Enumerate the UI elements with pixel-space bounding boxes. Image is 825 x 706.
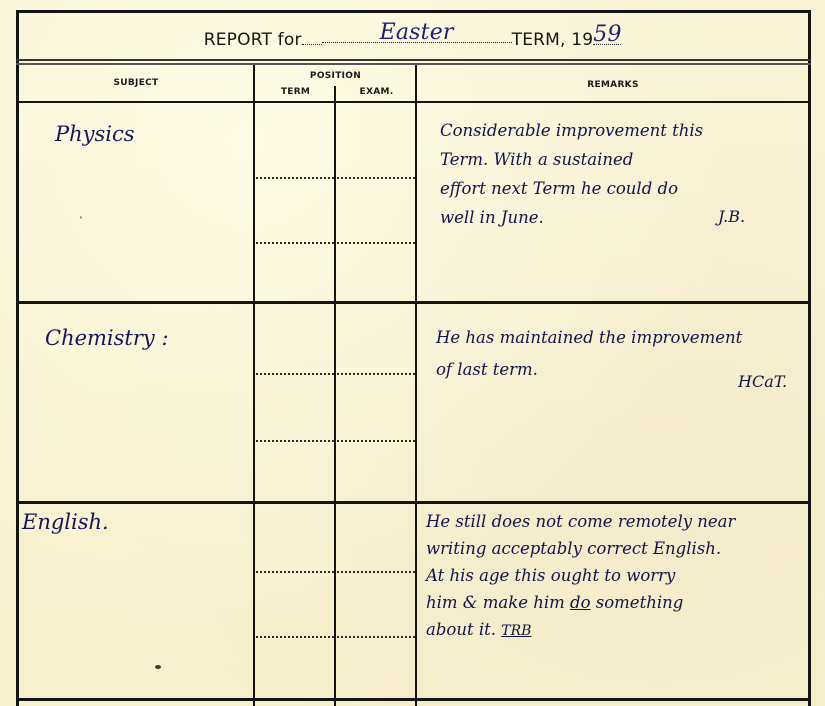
title-middle: TERM, 19 (512, 30, 594, 50)
row-separator-2 (16, 501, 811, 504)
position-dotted-line (256, 242, 334, 244)
remarks-english-line-3: At his age this ought to worry (426, 562, 806, 589)
column-header-remarks: REMARKS (418, 80, 808, 90)
position-dotted-line (337, 373, 415, 375)
position-dotted-line (337, 440, 415, 442)
position-dotted-line (256, 440, 334, 442)
subject-chemistry: Chemistry : (45, 326, 169, 350)
position-dotted-line (256, 373, 334, 375)
remarks-english-line-4: him & make him do something (426, 589, 806, 616)
column-header-exam: EXAM. (338, 87, 415, 97)
report-title: REPORT forEasterTERM, 1959 (0, 30, 825, 50)
divider-term-exam (334, 86, 336, 706)
column-header-position: POSITION (256, 71, 415, 81)
subject-physics: Physics (55, 122, 135, 146)
header-bottom-rule (16, 101, 811, 103)
position-dotted-line (256, 571, 334, 573)
remarks-english-line-1: He still does not come remotely near (426, 508, 806, 535)
signature-physics: J.B. (718, 207, 745, 226)
ink-speck (155, 665, 161, 669)
position-dotted-line (337, 242, 415, 244)
header-rule-1 (16, 59, 811, 61)
emphasis-do: do (570, 593, 591, 612)
position-dotted-line (337, 636, 415, 638)
dotted-leader (302, 44, 322, 45)
divider-position-remarks (415, 65, 417, 706)
frame-left (16, 10, 19, 706)
term-name-field: Easter (322, 24, 512, 43)
ink-speck (80, 216, 82, 219)
frame-top (16, 10, 811, 13)
remarks-english-line-2: writing acceptably correct English. (426, 535, 806, 562)
position-dotted-line (337, 571, 415, 573)
title-prefix: REPORT for (204, 30, 302, 50)
remarks-physics: Considerable improvement this Term. With… (440, 116, 800, 232)
remarks-english: He still does not come remotely near wri… (426, 508, 806, 645)
header-rule-2 (16, 63, 811, 65)
position-dotted-line (337, 177, 415, 179)
signature-english: TRB (501, 623, 531, 639)
column-header-subject: SUBJECT (19, 78, 253, 88)
remarks-english-line-5: about it. TRB (426, 616, 806, 645)
signature-chemistry: HCaT. (738, 372, 787, 391)
subject-english: English. (22, 510, 109, 534)
divider-subject-position (253, 65, 255, 706)
position-dotted-line (256, 177, 334, 179)
position-dotted-line (256, 636, 334, 638)
row-separator-1 (16, 301, 811, 304)
column-header-term: TERM (256, 87, 335, 97)
year-field: 59 (593, 26, 621, 45)
row-separator-3 (16, 698, 811, 701)
